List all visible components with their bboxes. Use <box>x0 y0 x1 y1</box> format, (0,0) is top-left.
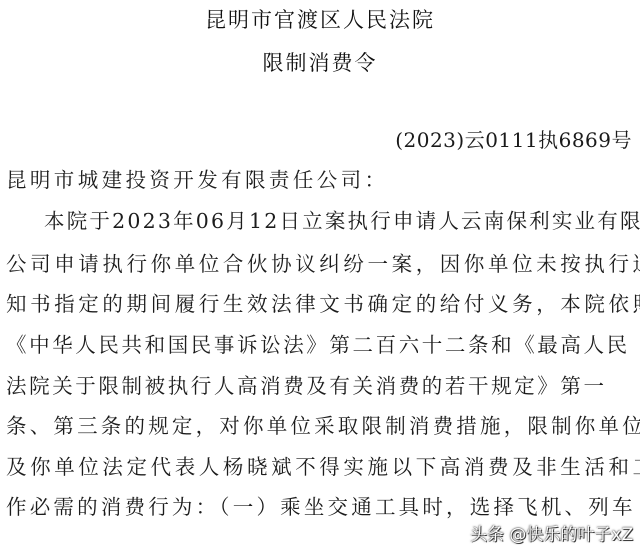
body-line-2: 公司申请执行你单位合伙协议纠纷一案，因你单位未按执行通 <box>6 247 636 277</box>
body-line-7: 及你单位法定代表人杨晓斌不得实施以下高消费及非生活和工 <box>6 450 636 480</box>
court-name-heading: 昆明市官渡区人民法院 <box>0 4 640 34</box>
body-line-5: 法院关于限制被执行人高消费及有关消费的若干规定》第一 <box>6 369 636 399</box>
watermark: 头条 @快乐的叶子xZ <box>470 520 633 545</box>
court-document: 昆明市官渡区人民法院 限制消费令 (2023)云0111执6869号 昆明市城建… <box>0 0 640 555</box>
addressee: 昆明市城建投资开发有限责任公司： <box>6 163 636 193</box>
body-line-4: 《中华人民共和国民事诉讼法》第二百六十二条和《最高人民 <box>6 328 636 358</box>
document-type-heading: 限制消费令 <box>0 47 640 77</box>
body-line-1: 本院于2023年06月12日立案执行申请人云南保利实业有限 <box>44 204 640 234</box>
case-number: (2023)云0111执6869号 <box>395 124 632 153</box>
body-line-3: 知书指定的期间履行生效法律文书确定的给付义务，本院依照 <box>6 287 636 317</box>
body-line-6: 条、第三条的规定，对你单位采取限制消费措施，限制你单位 <box>6 409 636 439</box>
body-line-8: 作必需的消费行为：（一）乘坐交通工具时，选择飞机、列车 <box>6 490 636 520</box>
